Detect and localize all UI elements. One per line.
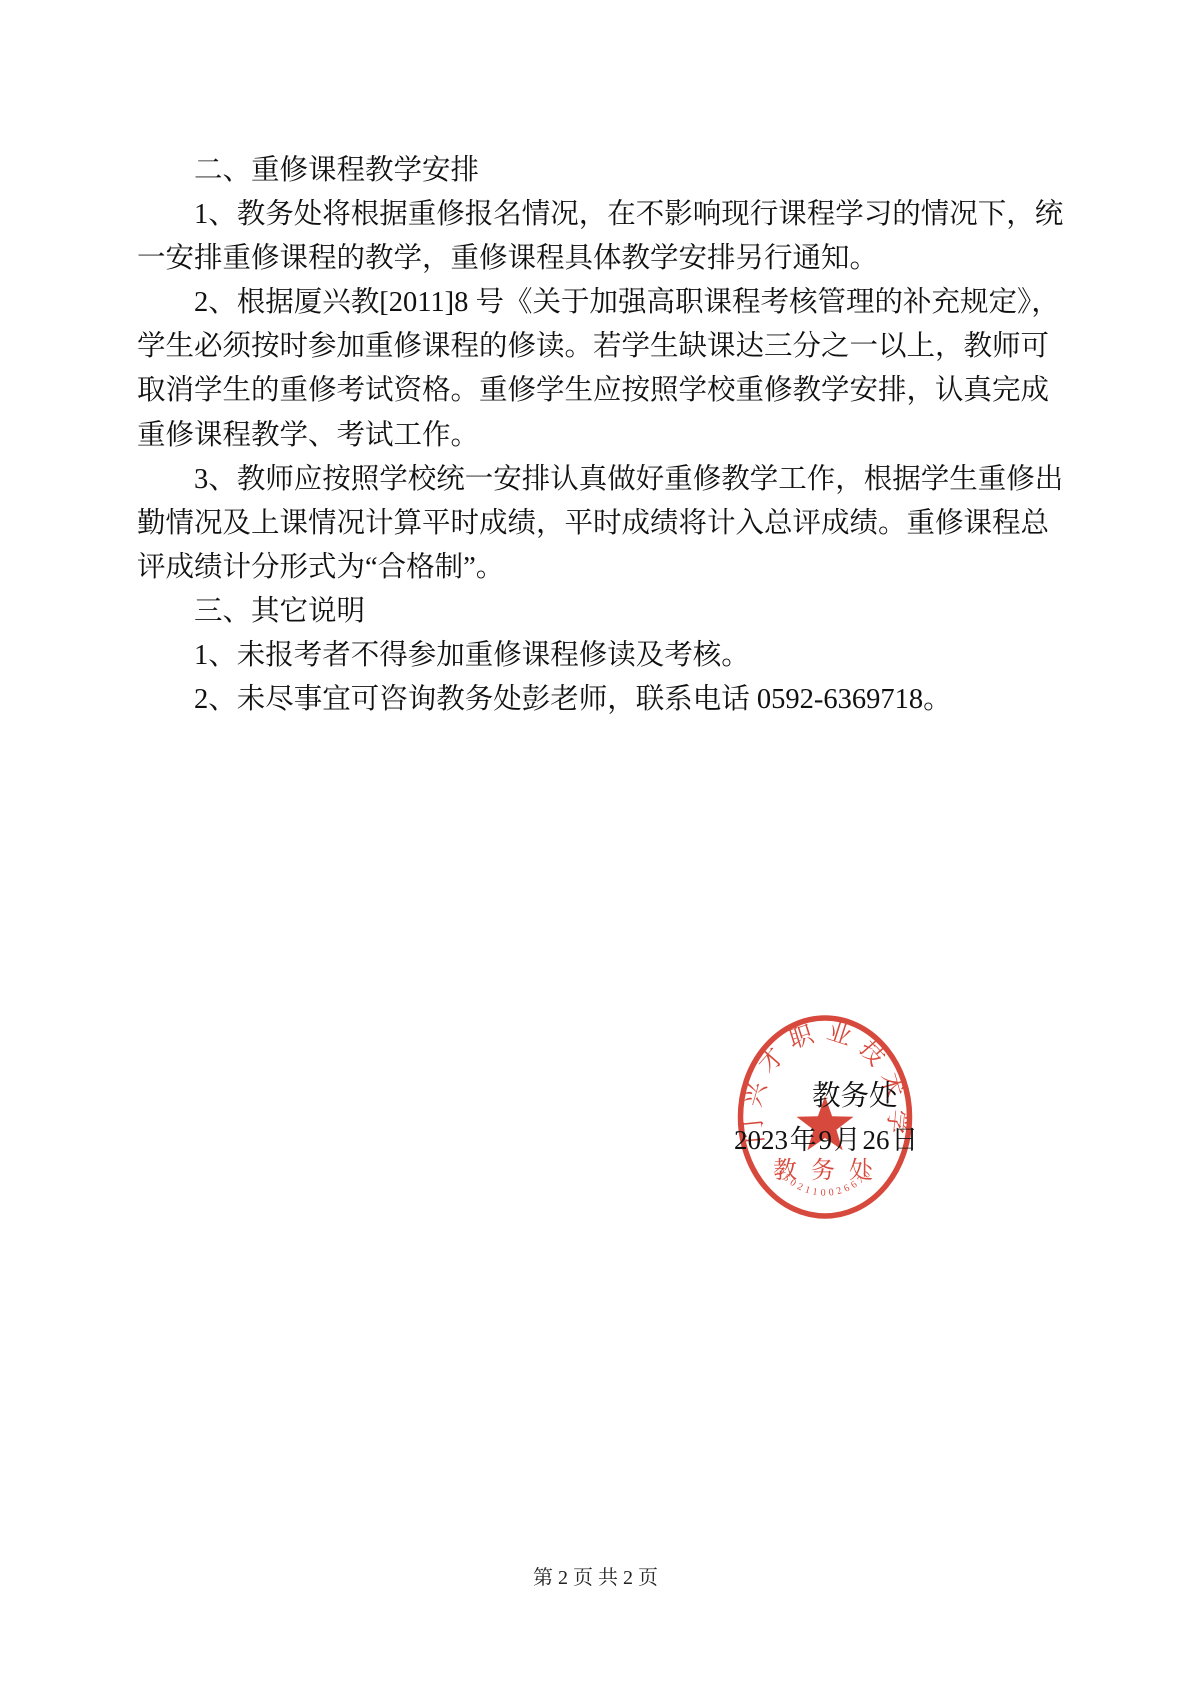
signature-date: 2023 年 9 月 26 日: [734, 1125, 918, 1155]
signature-department: 教务处: [812, 1082, 898, 1112]
text-line: 2、根据厦兴教[2011]8 号《关于加强高职课程考核管理的补充规定》，: [137, 281, 1042, 325]
text-line: 3、教师应按照学校统一安排认真做好重修教学工作，根据学生重修出: [137, 458, 1042, 502]
text-line: 评成绩计分形式为“合格制”。: [137, 546, 1042, 590]
text-line: 2、未尽事宜可咨询教务处彭老师，联系电话 0592-6369718。: [137, 678, 1042, 722]
text-line: 勤情况及上课情况计算平时成绩，平时成绩将计入总评成绩。重修课程总: [137, 502, 1042, 546]
text-line: 二、重修课程教学安排: [137, 149, 1042, 193]
official-seal-stamp: 厦门兴才职业技术学院 教 务 处 3502110026670: [733, 1013, 917, 1223]
text-line: 1、教务处将根据重修报名情况，在不影响现行课程学习的情况下，统: [137, 193, 1042, 237]
text-line: 重修课程教学、考试工作。: [137, 414, 1042, 458]
text-line: 取消学生的重修考试资格。重修学生应按照学校重修教学安排，认真完成: [137, 369, 1042, 413]
page-footer: 第 2 页 共 2 页: [0, 1561, 1191, 1590]
text-line: 1、未报考者不得参加重修课程修读及考核。: [137, 634, 1042, 678]
text-line: 三、其它说明: [137, 590, 1042, 634]
document-body: 二、重修课程教学安排1、教务处将根据重修报名情况，在不影响现行课程学习的情况下，…: [137, 149, 1042, 722]
text-line: 学生必须按时参加重修课程的修读。若学生缺课达三分之一以上，教师可: [137, 325, 1042, 369]
text-line: 一安排重修课程的教学，重修课程具体教学安排另行通知。: [137, 237, 1042, 281]
document-page: 二、重修课程教学安排1、教务处将根据重修报名情况，在不影响现行课程学习的情况下，…: [0, 0, 1191, 1684]
